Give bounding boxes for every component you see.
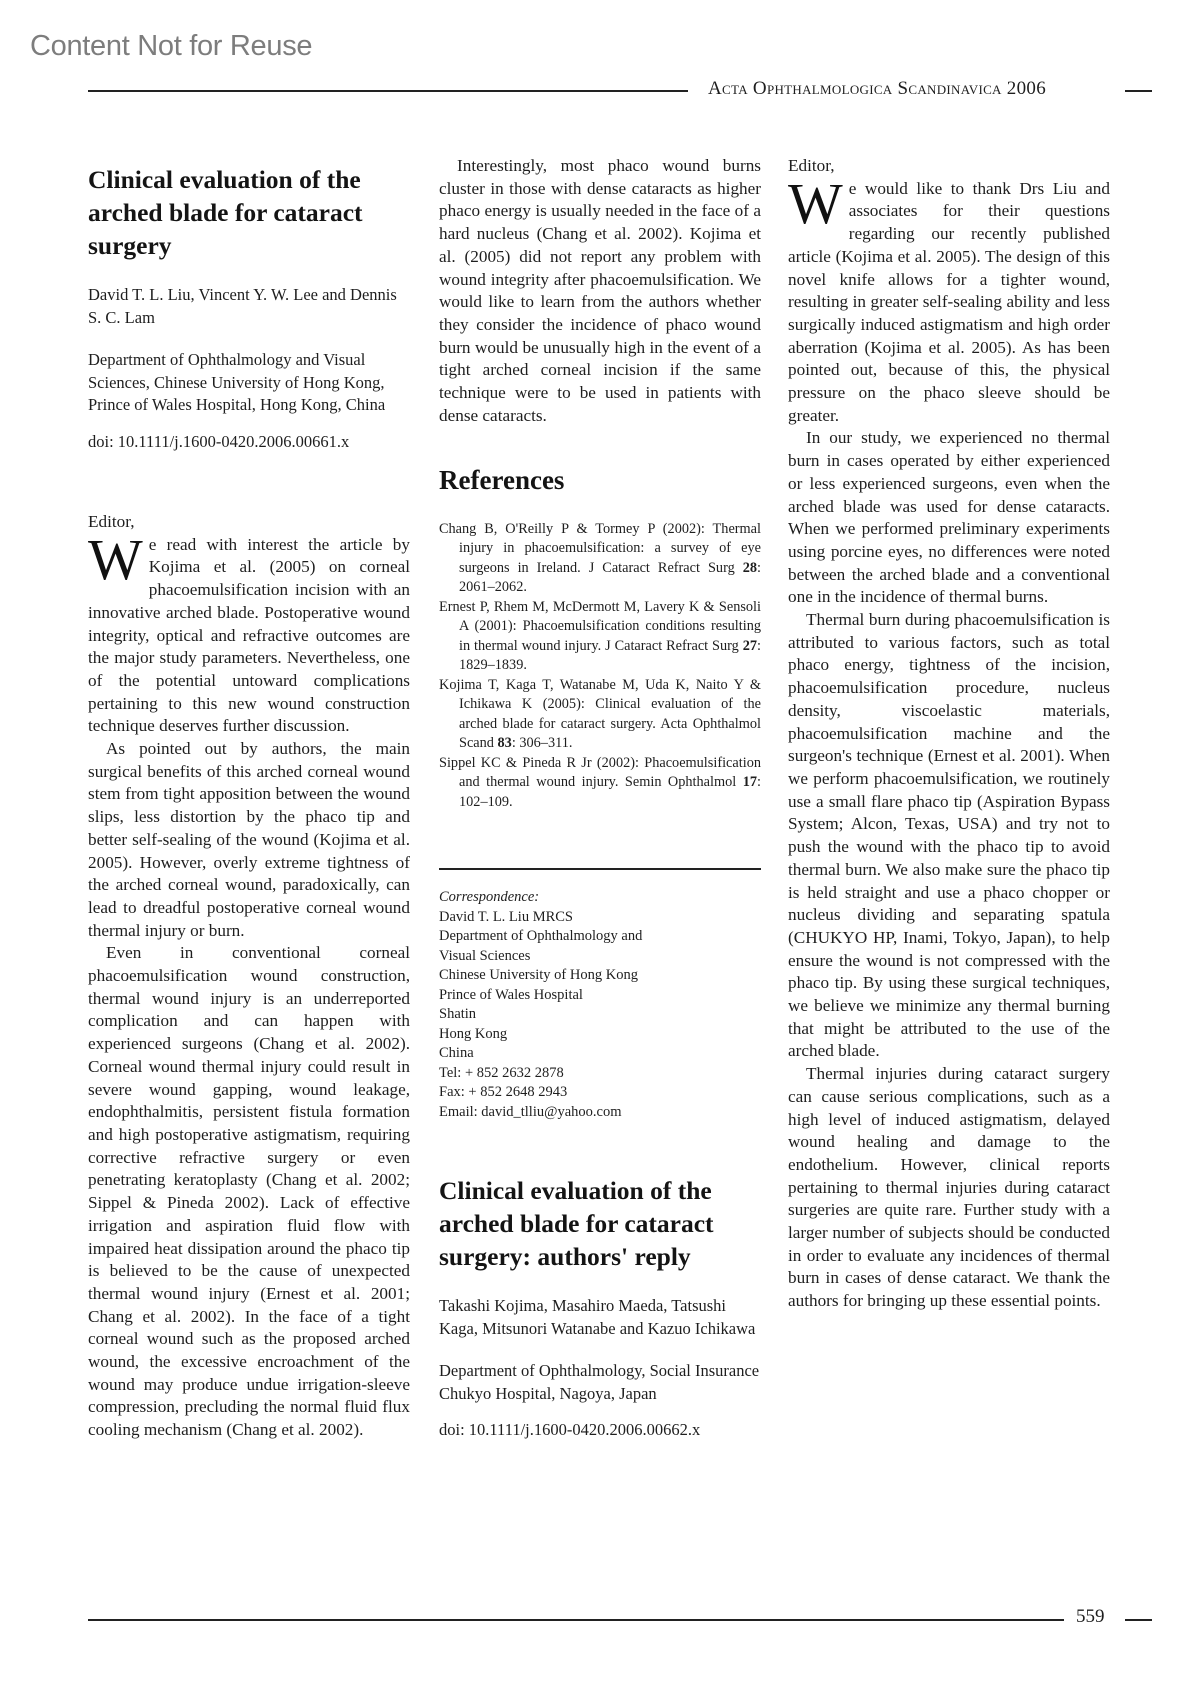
reply-authors: Takashi Kojima, Masahiro Maeda, Tatsushi…	[439, 1295, 761, 1340]
letter-title: Clinical evaluation of the arched blade …	[88, 163, 410, 262]
reference-item: Ernest P, Rhem M, McDermott M, Lavery K …	[439, 598, 761, 676]
correspondence-line: Hong Kong	[439, 1025, 761, 1045]
reply-paragraph: Thermal injuries during cataract surgery…	[788, 1063, 1110, 1313]
reply-paragraph: Thermal burn during phacoemulsification …	[788, 609, 1110, 1063]
correspondence-block: Correspondence: David T. L. Liu MRCS Dep…	[439, 888, 761, 1122]
letter-doi[interactable]: doi: 10.1111/j.1600-0420.2006.00661.x	[88, 431, 410, 454]
drop-cap: W	[788, 181, 843, 227]
reply-paragraph: In our study, we experienced no thermal …	[788, 427, 1110, 609]
correspondence-line: Department of Ophthalmology and	[439, 927, 761, 947]
header-dash	[1125, 90, 1152, 92]
journal-running-head: Acta Ophthalmologica Scandinavica 2006	[708, 78, 1046, 100]
reference-item: Chang B, O'Reilly P & Tormey P (2002): T…	[439, 520, 761, 598]
reference-list: Chang B, O'Reilly P & Tormey P (2002): T…	[439, 520, 761, 813]
column-2: Interestingly, most phaco wound burns cl…	[439, 155, 761, 1442]
letter-affiliation: Department of Ophthalmology and Visual S…	[88, 349, 410, 417]
page-number: 559	[1076, 1606, 1105, 1628]
letter-paragraph: We read with interest the article by Koj…	[88, 534, 410, 738]
letter-paragraph: As pointed out by authors, the main surg…	[88, 738, 410, 942]
drop-cap: W	[88, 537, 143, 583]
correspondence-line: Prince of Wales Hospital	[439, 986, 761, 1006]
footer-dash	[1125, 1619, 1152, 1621]
column-1: Clinical evaluation of the arched blade …	[88, 155, 410, 1442]
reply-doi[interactable]: doi: 10.1111/j.1600-0420.2006.00662.x	[439, 1419, 761, 1442]
letter-paragraph: Even in conventional corneal phacoemulsi…	[88, 942, 410, 1441]
correspondence-label: Correspondence:	[439, 888, 761, 908]
correspondence-line: China	[439, 1044, 761, 1064]
correspondence-line: David T. L. Liu MRCS	[439, 908, 761, 928]
footer-rule	[88, 1619, 1064, 1621]
reply-affiliation: Department of Ophthalmology, Social Insu…	[439, 1360, 761, 1405]
letter-paragraph: Interestingly, most phaco wound burns cl…	[439, 155, 761, 427]
letter-authors: David T. L. Liu, Vincent Y. W. Lee and D…	[88, 284, 410, 329]
reference-item: Sippel KC & Pineda R Jr (2002): Phacoemu…	[439, 754, 761, 813]
correspondence-line: Shatin	[439, 1005, 761, 1025]
watermark: Content Not for Reuse	[30, 30, 312, 63]
correspondence-fax: Fax: + 852 2648 2943	[439, 1083, 761, 1103]
references-heading: References	[439, 463, 761, 497]
correspondence-email[interactable]: Email: david_tlliu@yahoo.com	[439, 1103, 761, 1123]
correspondence-tel: Tel: + 852 2632 2878	[439, 1064, 761, 1084]
header-rule	[88, 90, 688, 92]
correspondence-line: Chinese University of Hong Kong	[439, 966, 761, 986]
column-3: Editor, We would like to thank Drs Liu a…	[788, 155, 1110, 1313]
reply-paragraph: We would like to thank Drs Liu and assoc…	[788, 178, 1110, 428]
correspondence-rule	[439, 868, 761, 870]
reply-title: Clinical evaluation of the arched blade …	[439, 1174, 761, 1273]
correspondence-line: Visual Sciences	[439, 947, 761, 967]
reference-item: Kojima T, Kaga T, Watanabe M, Uda K, Nai…	[439, 676, 761, 754]
